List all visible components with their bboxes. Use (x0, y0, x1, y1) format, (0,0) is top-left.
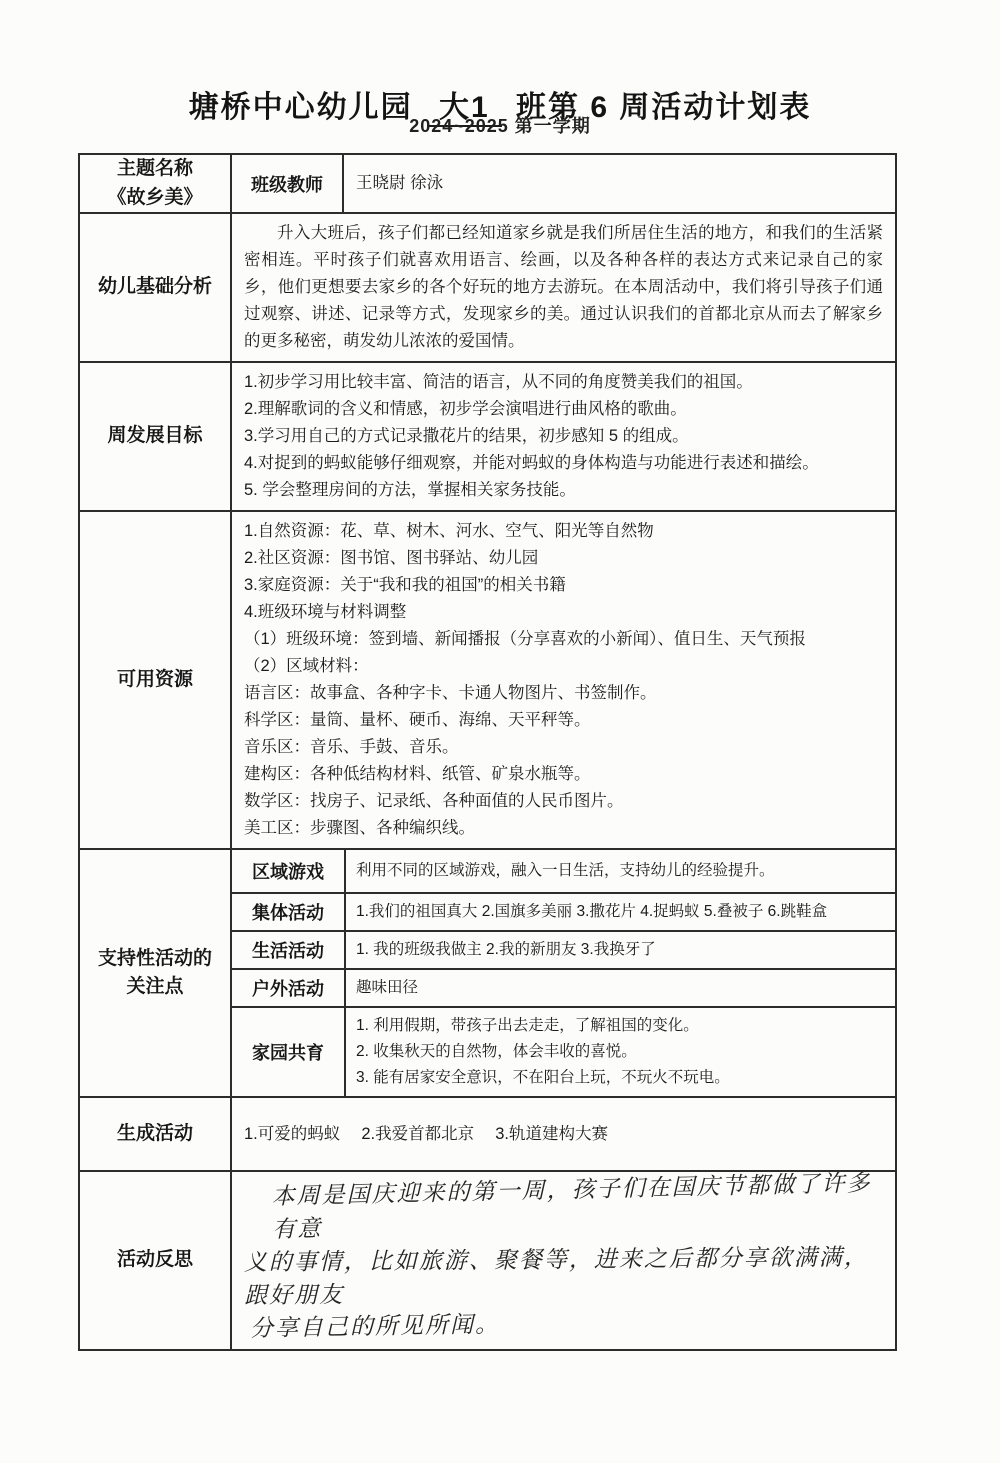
subrow-home-school: 家园共育 1. 利用假期，带孩子出去走走，了解祖国的变化。 2. 收集秋天的自然… (232, 1006, 895, 1096)
home-school-content: 1. 利用假期，带孩子出去走走，了解祖国的变化。 2. 收集秋天的自然物，体会丰… (344, 1008, 895, 1096)
row-theme: 主题名称 《故乡美》 班级教师 王晓尉 徐泳 (80, 155, 895, 212)
row-analysis: 幼儿基础分析 升入大班后，孩子们都已经知道家乡就是我们所居住生活的地方，和我们的… (80, 212, 895, 361)
row-goals: 周发展目标 1.初步学习用比较丰富、简洁的语言，从不同的角度赞美我们的祖国。 2… (80, 361, 895, 510)
life-activities-head: 生活活动 (232, 932, 344, 968)
row-reflection: 活动反思 本周是国庆迎来的第一周，孩子们在国庆节都做了许多有意 义的事情，比如旅… (80, 1170, 895, 1349)
resources-list: 1.自然资源：花、草、树木、河水、空气、阳光等自然物 2.社区资源：图书馆、图书… (232, 512, 818, 848)
theme-label: 主题名称 《故乡美》 (80, 155, 230, 212)
row-resources: 可用资源 1.自然资源：花、草、树木、河水、空气、阳光等自然物 2.社区资源：图… (80, 510, 895, 848)
area-games-head: 区域游戏 (232, 850, 344, 892)
generated-cell: 1.可爱的蚂蚁 2.我爱首都北京 3.轨道建构大赛 (230, 1098, 895, 1170)
outdoor-activities-head: 户外活动 (232, 970, 344, 1006)
life-activities-content: 1. 我的班级我做主 2.我的新朋友 3.我换牙了 (344, 932, 895, 968)
area-games-content: 利用不同的区域游戏，融入一日生活，支持幼儿的经验提升。 (344, 850, 895, 892)
weekly-plan-table: 主题名称 《故乡美》 班级教师 王晓尉 徐泳 幼儿基础分析 升入大班后，孩子们都… (78, 153, 897, 1351)
resources-cell: 1.自然资源：花、草、树木、河水、空气、阳光等自然物 2.社区资源：图书馆、图书… (230, 512, 895, 848)
document-page: 塘桥中心幼儿园 大1 班第 6 周活动计划表 2024~2025 第一学期 主题… (0, 0, 1000, 1463)
generated-label: 生成活动 (80, 1098, 230, 1170)
goals-label: 周发展目标 (80, 363, 230, 510)
analysis-text: 升入大班后，孩子们都已经知道家乡就是我们所居住生活的地方，和我们的生活紧密相连。… (232, 214, 895, 361)
analysis-label: 幼儿基础分析 (80, 214, 230, 361)
teacher-names-cell: 王晓尉 徐泳 (342, 155, 895, 212)
subrow-area-games: 区域游戏 利用不同的区域游戏，融入一日生活，支持幼儿的经验提升。 (232, 850, 895, 892)
document-subtitle: 2024~2025 第一学期 (0, 112, 1000, 138)
home-school-head: 家园共育 (232, 1008, 344, 1096)
handwritten-reflection: 本周是国庆迎来的第一周，孩子们在国庆节都做了许多有意 义的事情，比如旅游、聚餐等… (232, 1172, 895, 1349)
generated-list: 1.可爱的蚂蚁 2.我爱首都北京 3.轨道建构大赛 (232, 1115, 620, 1154)
handwriting-line: 义的事情，比如旅游、聚餐等，进来之后都分享欲满满，跟好朋友 (244, 1240, 886, 1312)
reflection-cell: 本周是国庆迎来的第一周，孩子们在国庆节都做了许多有意 义的事情，比如旅游、聚餐等… (230, 1172, 895, 1349)
subrow-group-activities: 集体活动 1.我们的祖国真大 2.国旗多美丽 3.撒花片 4.捉蚂蚁 5.叠被子… (232, 892, 895, 930)
group-activities-head: 集体活动 (232, 894, 344, 930)
support-label: 支持性活动的 关注点 (80, 850, 230, 1096)
support-subtable: 区域游戏 利用不同的区域游戏，融入一日生活，支持幼儿的经验提升。 集体活动 1.… (230, 850, 895, 1096)
outdoor-activities-content: 趣味田径 (344, 970, 895, 1006)
teacher-head-label: 班级教师 (230, 155, 342, 212)
row-generated: 生成活动 1.可爱的蚂蚁 2.我爱首都北京 3.轨道建构大赛 (80, 1096, 895, 1170)
subrow-life-activities: 生活活动 1. 我的班级我做主 2.我的新朋友 3.我换牙了 (232, 930, 895, 968)
teacher-names: 王晓尉 徐泳 (344, 164, 455, 203)
handwriting-line: 本周是国庆迎来的第一周，孩子们在国庆节都做了许多有意 (271, 1166, 885, 1246)
subrow-outdoor-activities: 户外活动 趣味田径 (232, 968, 895, 1006)
goals-list: 1.初步学习用比较丰富、简洁的语言，从不同的角度赞美我们的祖国。 2.理解歌词的… (232, 363, 831, 510)
reflection-label: 活动反思 (80, 1172, 230, 1349)
resources-label: 可用资源 (80, 512, 230, 848)
analysis-cell: 升入大班后，孩子们都已经知道家乡就是我们所居住生活的地方，和我们的生活紧密相连。… (230, 214, 895, 361)
row-support: 支持性活动的 关注点 区域游戏 利用不同的区域游戏，融入一日生活，支持幼儿的经验… (80, 848, 895, 1096)
goals-cell: 1.初步学习用比较丰富、简洁的语言，从不同的角度赞美我们的祖国。 2.理解歌词的… (230, 363, 895, 510)
group-activities-content: 1.我们的祖国真大 2.国旗多美丽 3.撒花片 4.捉蚂蚁 5.叠被子 6.跳鞋… (344, 894, 895, 930)
